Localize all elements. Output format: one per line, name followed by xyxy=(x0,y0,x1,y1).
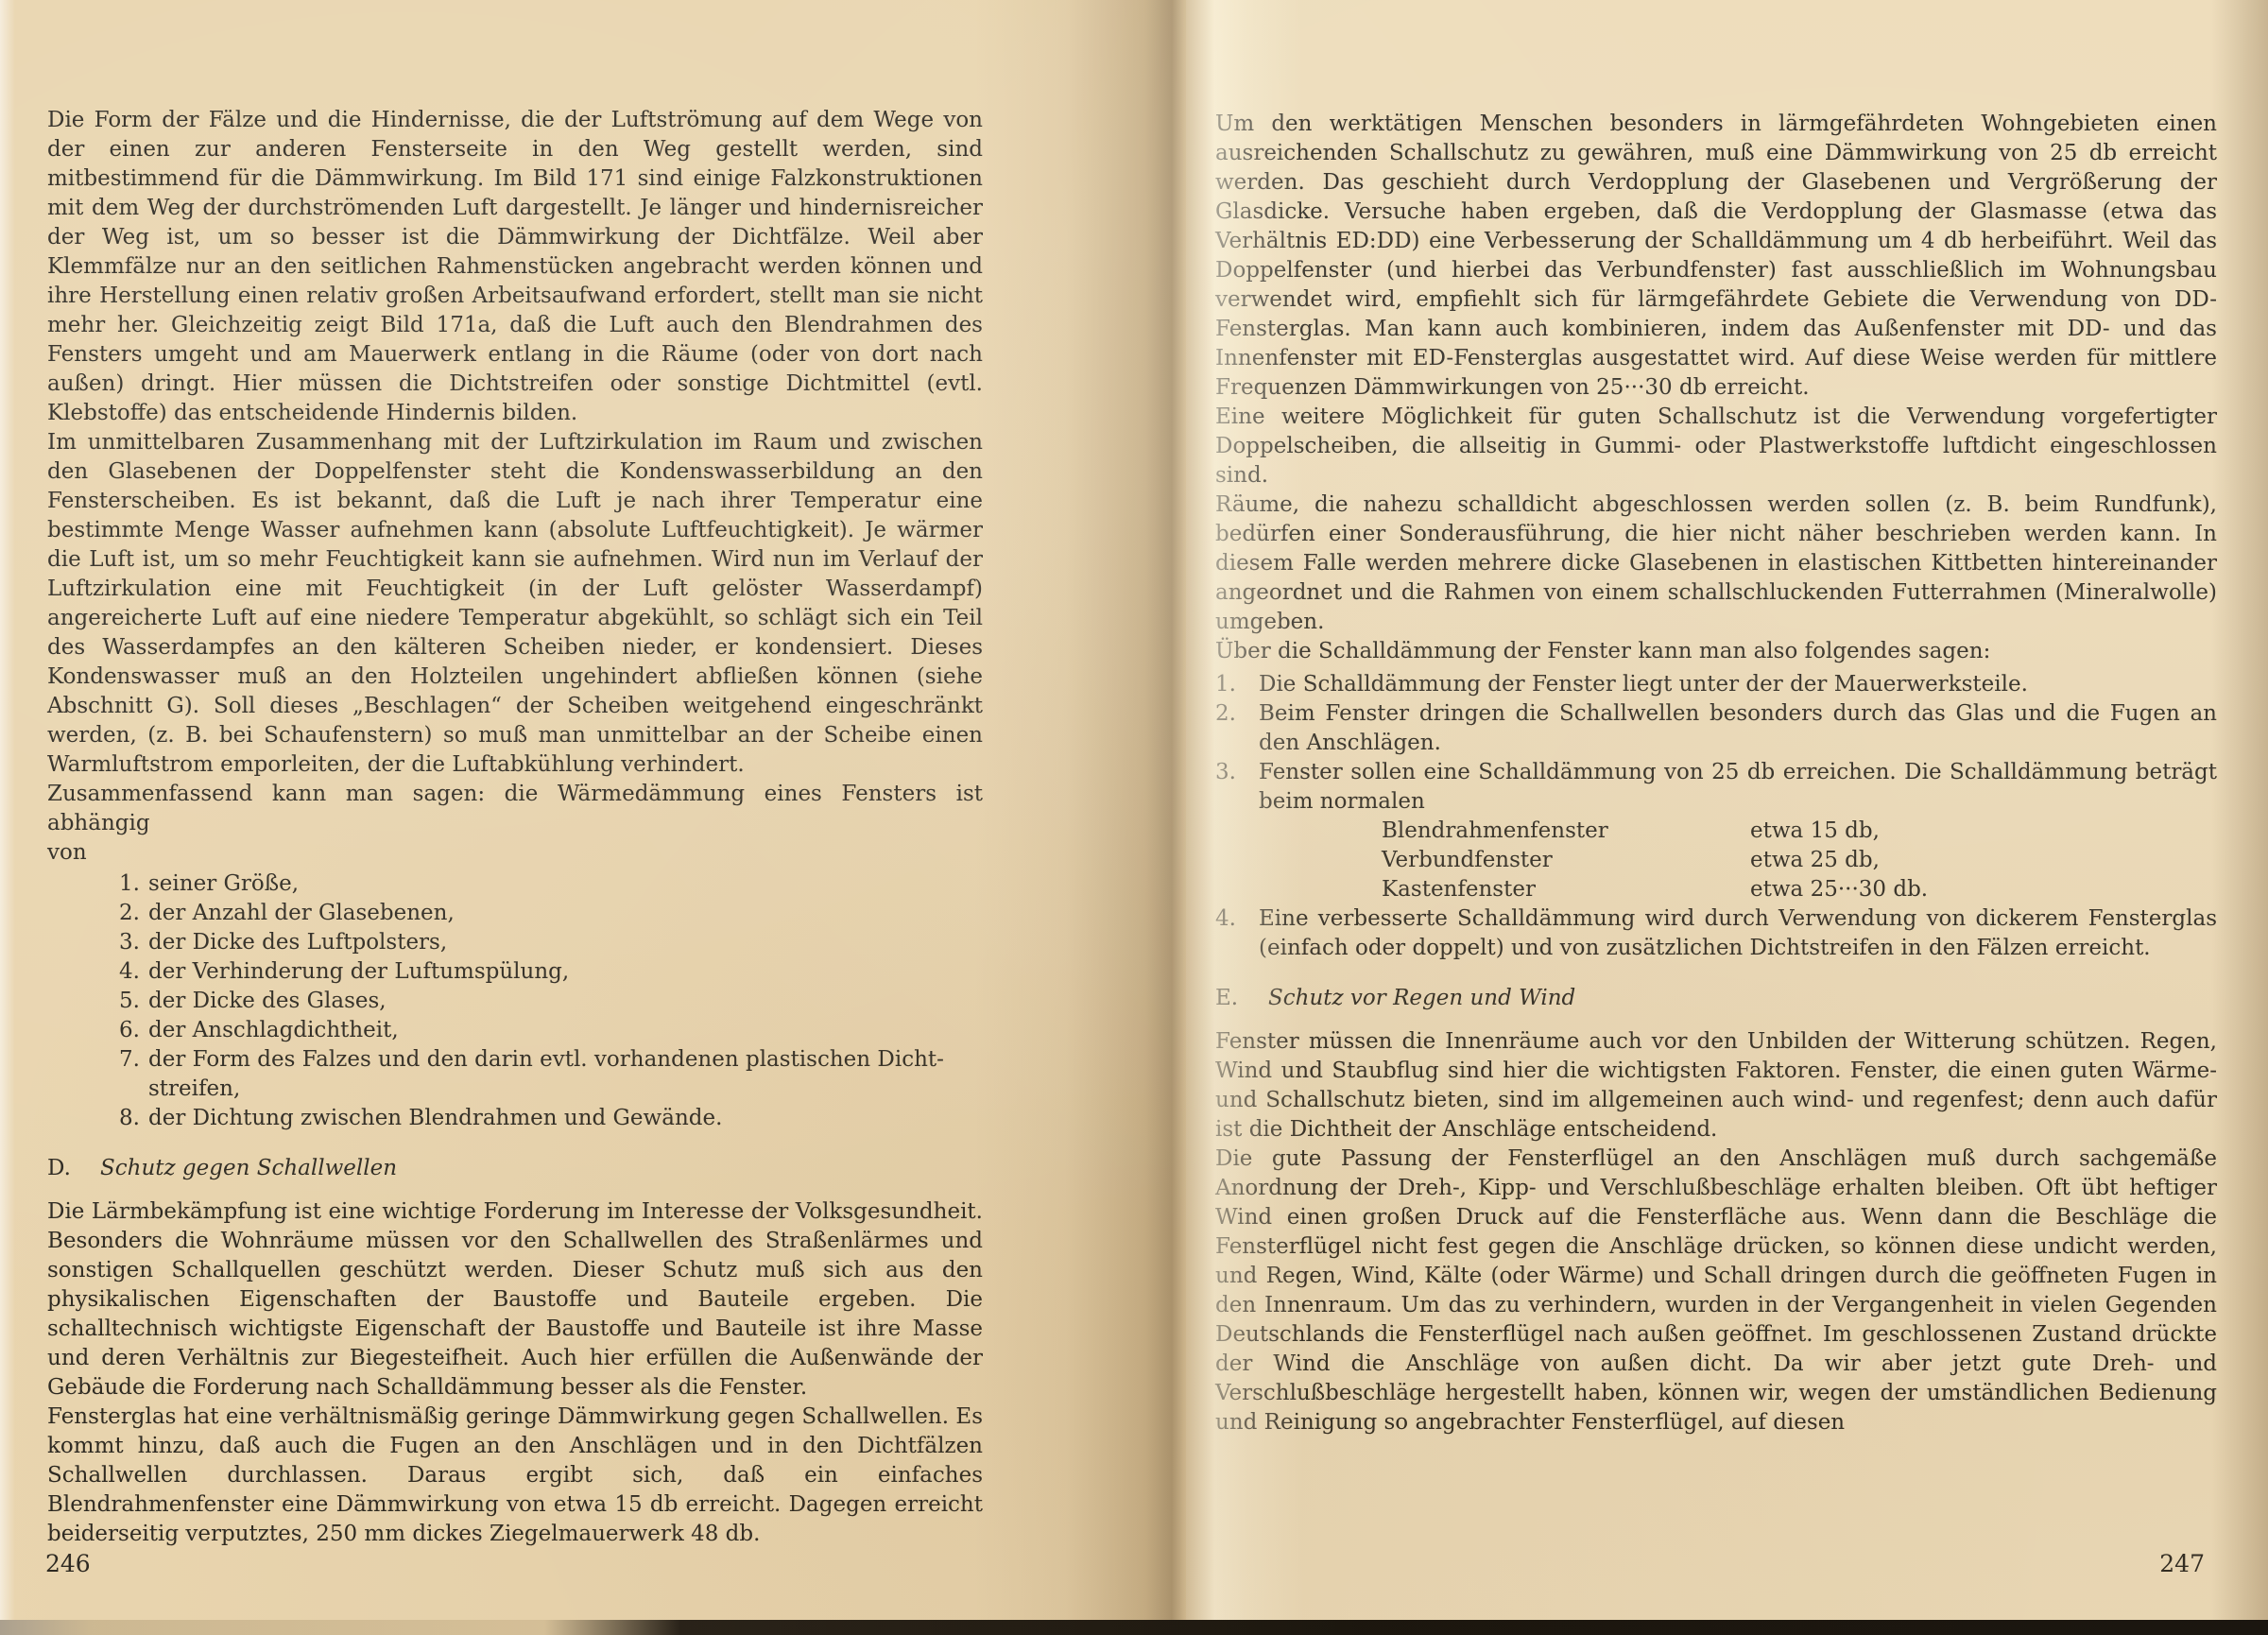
list-item: 3. der Dicke des Luftpolsters, xyxy=(115,928,983,957)
list-item-text: der Anzahl der Glasebenen, xyxy=(148,899,455,928)
left-page-edge-highlight xyxy=(0,0,15,1635)
right-page-edge-shadow xyxy=(2211,0,2268,1635)
list-item-number: 4. xyxy=(115,957,140,987)
list-item-number: 3. xyxy=(115,928,140,957)
list-item-number: 8. xyxy=(115,1104,140,1133)
list-item-text: Eine verbesserte Schalldämmung wird durc… xyxy=(1259,904,2217,963)
table-row: Blendrahmenfenster etwa 15 db, xyxy=(1382,817,2217,846)
list-item-text: der Form des Falzes und den darin evtl. … xyxy=(148,1045,944,1104)
paragraph-doppelscheiben: Eine weitere Möglichkeit für guten Schal… xyxy=(1215,403,2217,491)
list-item-text: der Dichtung zwischen Blendrahmen und Ge… xyxy=(148,1104,722,1133)
list-item-text: der Verhinderung der Luftumspülung, xyxy=(148,957,569,987)
page-number-right: 247 xyxy=(2159,1550,2205,1577)
list-item: 8. der Dichtung zwischen Blendrahmen und… xyxy=(115,1104,983,1133)
list-item-text: der Dicke des Glases, xyxy=(148,987,387,1016)
section-letter: E. xyxy=(1215,984,1268,1013)
list-item-number: 7. xyxy=(115,1045,140,1104)
list-item: 7. der Form des Falzes und den darin evt… xyxy=(115,1045,983,1104)
daemmwert: etwa 15 db, xyxy=(1750,817,1880,846)
paragraph-zusammenfassend-line2: von xyxy=(47,838,983,868)
list-item-text: der Dicke des Luftpolsters, xyxy=(148,928,447,957)
daemmwert: etwa 25···30 db. xyxy=(1750,875,1928,904)
section-heading-d: D.Schutz gegen Schallwellen xyxy=(47,1154,983,1183)
list-item-number: 2. xyxy=(115,899,140,928)
list-item-text: Fenster sollen eine Schalldämmung von 25… xyxy=(1259,760,2217,814)
list-item: 3. Fenster sollen eine Schalldämmung von… xyxy=(1215,758,2217,904)
section-title: Schutz vor Regen und Wind xyxy=(1268,986,1575,1010)
list-item-text: Beim Fenster dringen die Schallwellen be… xyxy=(1259,699,2217,758)
paragraph-laermbekaempfung: Die Lärmbekämpfung ist eine wichtige For… xyxy=(47,1197,983,1403)
schalldaemmung-list: 1. Die Schalldämmung der Fenster liegt u… xyxy=(1215,670,2217,963)
list-item-number: 5. xyxy=(115,987,140,1016)
book-spread: Die Form der Fälze und die Hindernisse, … xyxy=(0,0,2268,1635)
list-item-text: der Anschlagdichtheit, xyxy=(148,1016,399,1045)
list-item: 4. der Verhinderung der Luftumspülung, xyxy=(115,957,983,987)
fenster-typ: Blendrahmenfenster xyxy=(1382,817,1750,846)
paragraph-kondenswasser: Im unmittelbaren Zusammenhang mit der Lu… xyxy=(47,428,983,780)
list-item-number: 1. xyxy=(1215,670,1244,699)
list-item-number: 3. xyxy=(1215,758,1244,904)
list-item-number: 6. xyxy=(115,1016,140,1045)
paragraph-ueber-schalldaemmung: Über die Schalldämmung der Fenster kann … xyxy=(1215,637,2217,666)
list-item: 6. der Anschlagdichtheit, xyxy=(115,1016,983,1045)
list-item: 1. seiner Größe, xyxy=(115,869,983,899)
section-title: Schutz gegen Schallwellen xyxy=(100,1156,397,1180)
list-item: 2. der Anzahl der Glasebenen, xyxy=(115,899,983,928)
fenster-typ: Verbundfenster xyxy=(1382,846,1750,875)
paragraph-unbilden: Fenster müssen die Innenräume auch vor d… xyxy=(1215,1027,2217,1144)
list-item-body: Fenster sollen eine Schalldämmung von 25… xyxy=(1259,758,2217,904)
table-row: Kastenfenster etwa 25···30 db. xyxy=(1382,875,2217,904)
list-item: 4. Eine verbesserte Schalldämmung wird d… xyxy=(1215,904,2217,963)
page-left: Die Form der Fälze und die Hindernisse, … xyxy=(47,106,983,1549)
paragraph-falze: Die Form der Fälze und die Hindernisse, … xyxy=(47,106,983,428)
waermedaemmung-list: 1. seiner Größe, 2. der Anzahl der Glase… xyxy=(47,869,983,1133)
paragraph-raeume: Räume, die nahezu schalldicht abgeschlos… xyxy=(1215,491,2217,637)
list-item: 1. Die Schalldämmung der Fenster liegt u… xyxy=(1215,670,2217,699)
page-number-left: 246 xyxy=(45,1550,91,1577)
list-item-number: 4. xyxy=(1215,904,1244,963)
list-item: 2. Beim Fenster dringen die Schallwellen… xyxy=(1215,699,2217,758)
list-item-number: 1. xyxy=(115,869,140,899)
list-item-number: 2. xyxy=(1215,699,1244,758)
daemmwerte-table: Blendrahmenfenster etwa 15 db, Verbundfe… xyxy=(1382,817,2217,904)
paragraph-zusammenfassend-line1: Zusammenfassend kann man sagen: die Wärm… xyxy=(47,780,983,838)
scan-bottom-edge xyxy=(0,1620,2268,1635)
list-item: 5. der Dicke des Glases, xyxy=(115,987,983,1016)
page-right: Um den werktätigen Menschen besonders in… xyxy=(1215,110,2217,1437)
paragraph-passung: Die gute Passung der Fensterflügel an de… xyxy=(1215,1144,2217,1437)
fenster-typ: Kastenfenster xyxy=(1382,875,1750,904)
list-item-text: seiner Größe, xyxy=(148,869,299,899)
paragraph-fensterglas: Fensterglas hat eine verhältnismäßig ger… xyxy=(47,1403,983,1549)
section-heading-e: E.Schutz vor Regen und Wind xyxy=(1215,984,2217,1013)
section-letter: D. xyxy=(47,1154,100,1183)
table-row: Verbundfenster etwa 25 db, xyxy=(1382,846,2217,875)
list-item-text: Die Schalldämmung der Fenster liegt unte… xyxy=(1259,670,2217,699)
daemmwert: etwa 25 db, xyxy=(1750,846,1880,875)
paragraph-schallschutz: Um den werktätigen Menschen besonders in… xyxy=(1215,110,2217,403)
